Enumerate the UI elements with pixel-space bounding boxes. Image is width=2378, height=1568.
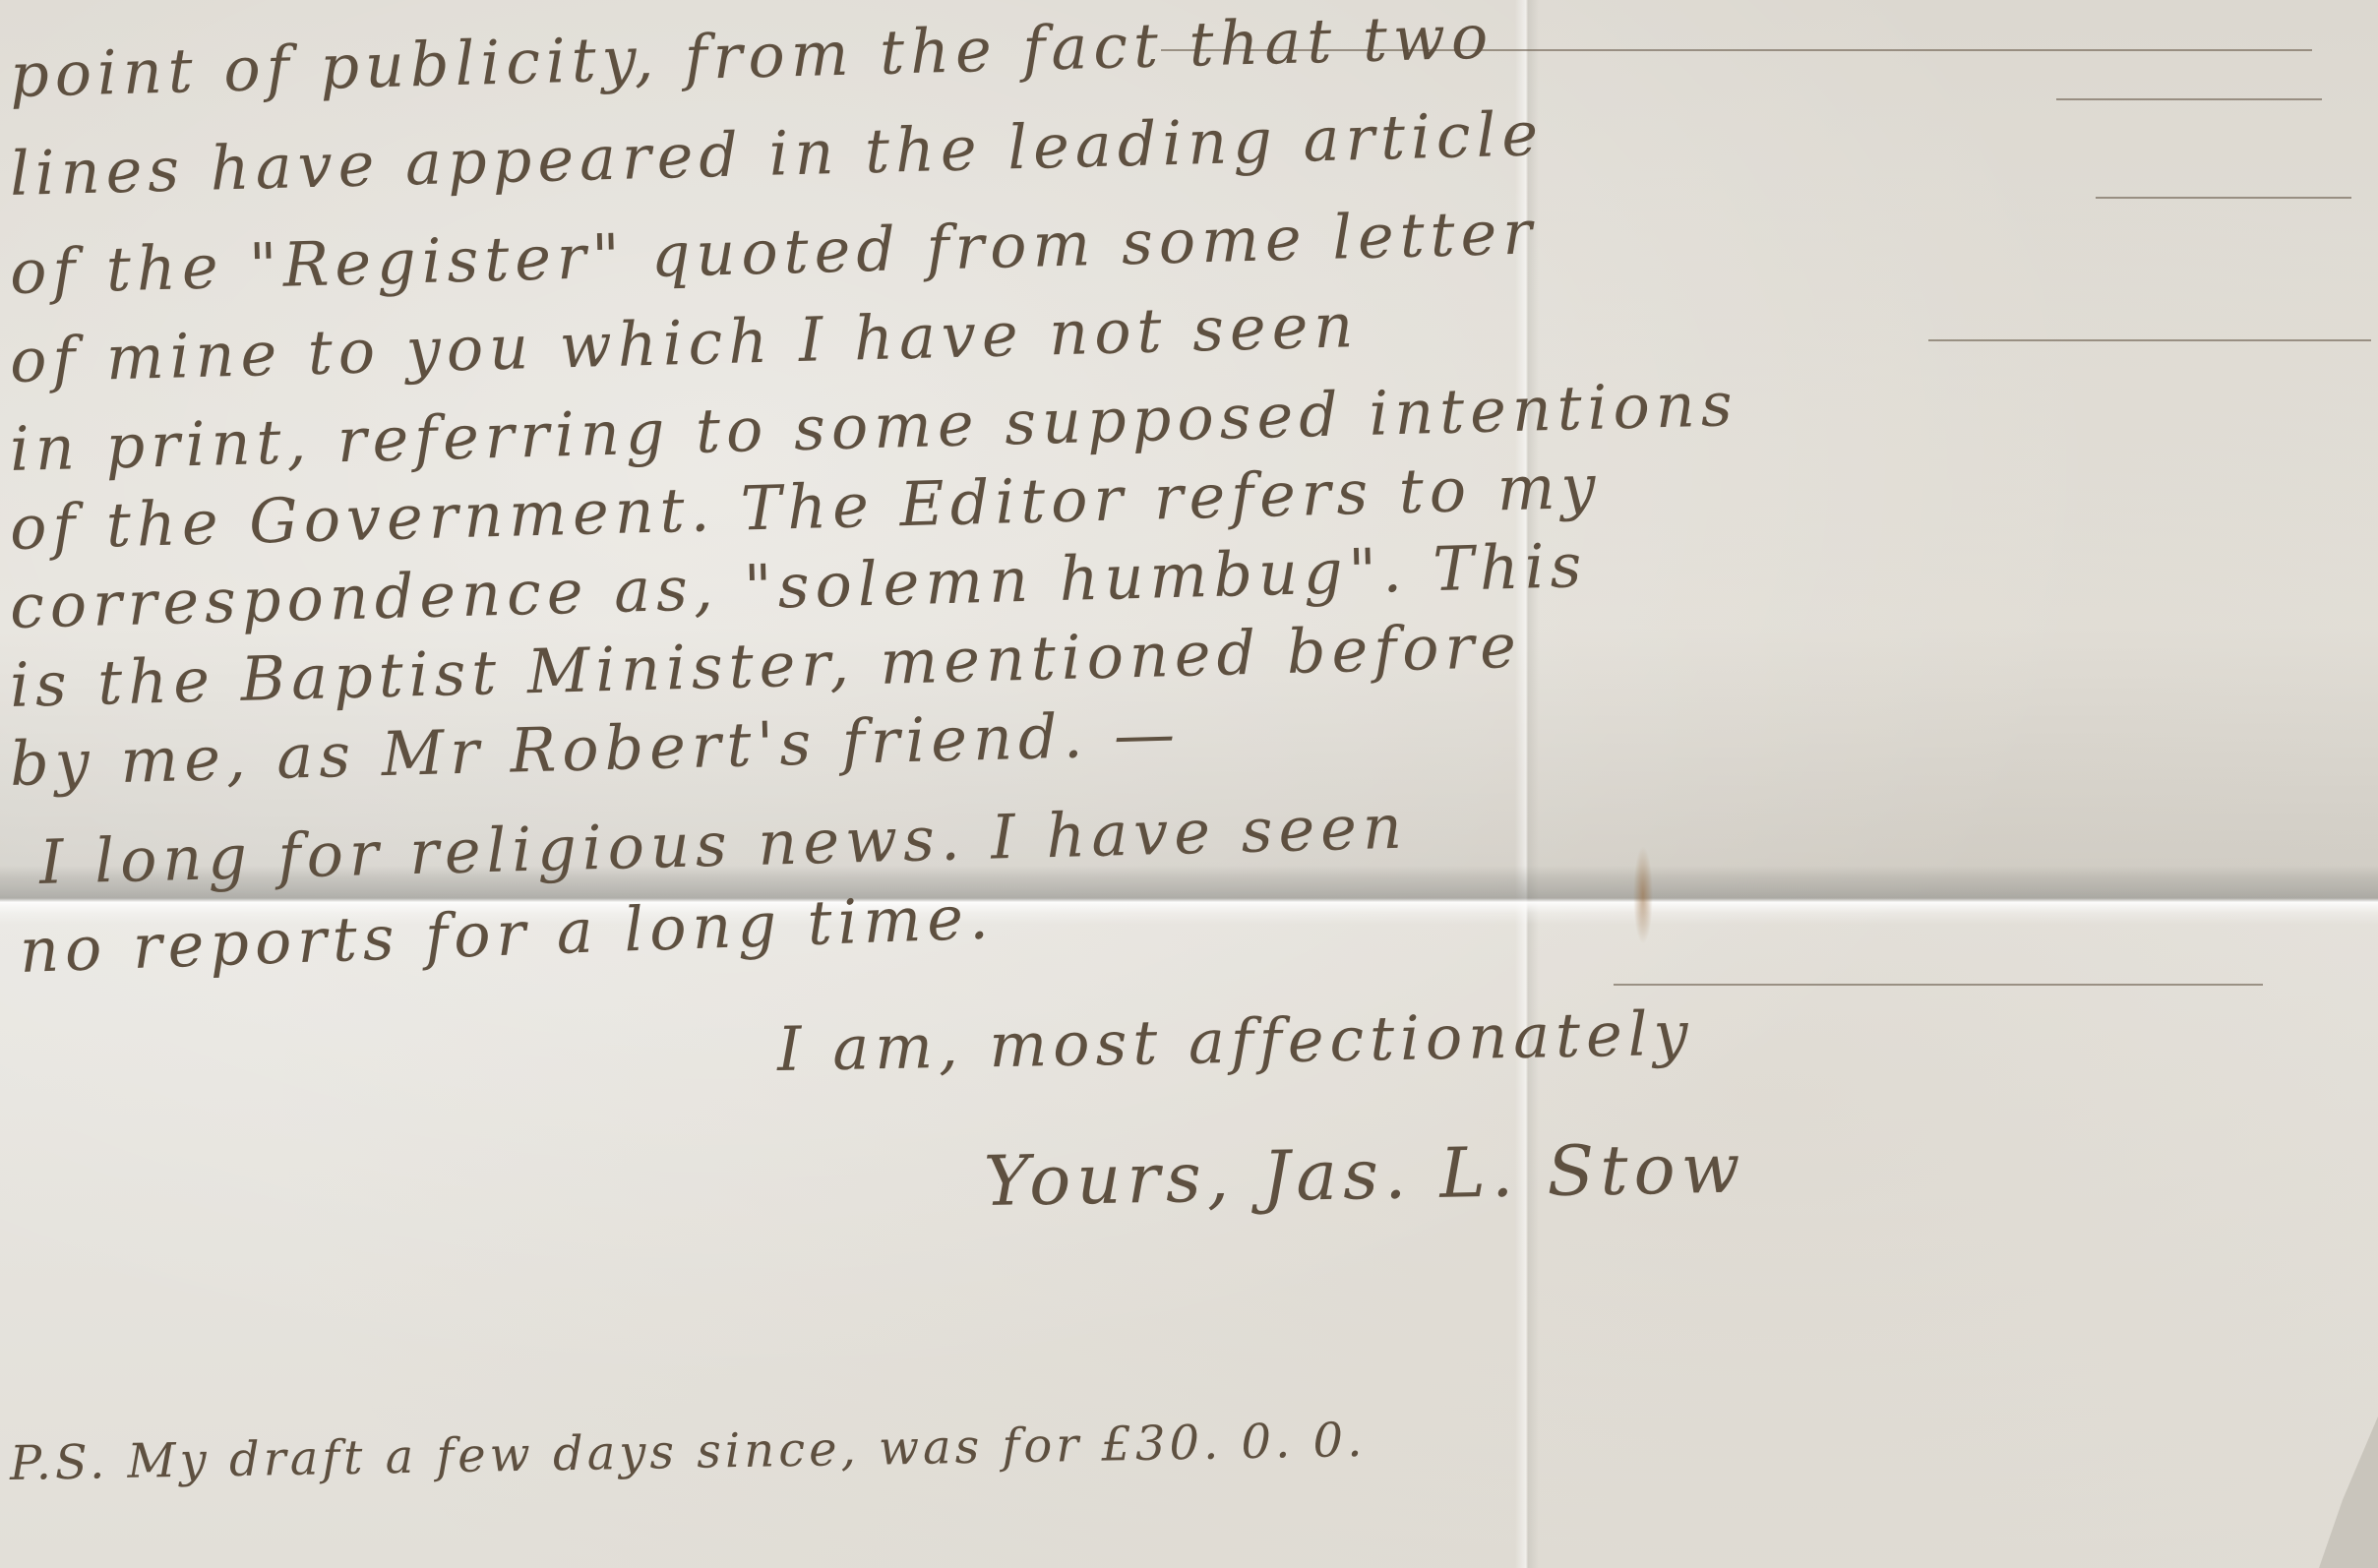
underline-stroke bbox=[1928, 339, 2371, 341]
letter-line-1: point of publicity, from the fact that t… bbox=[9, 1, 1494, 111]
underline-stroke bbox=[1614, 984, 2263, 986]
underline-stroke bbox=[2056, 98, 2322, 100]
letter-line-2: lines have appeared in the leading artic… bbox=[9, 97, 1545, 210]
torn-corner bbox=[2319, 1417, 2378, 1568]
ink-stain bbox=[1633, 846, 1653, 944]
underline-stroke bbox=[2096, 197, 2351, 199]
letter-page: point of publicity, from the fact that t… bbox=[0, 0, 2378, 1568]
letter-line-4: of mine to you which I have not seen bbox=[9, 289, 1360, 396]
letter-closing: I am, most affectionately bbox=[776, 997, 1694, 1085]
postscript: P.S. My draft a few days since, was for … bbox=[10, 1413, 1367, 1491]
letter-signature: Yours, Jas. L. Stow bbox=[983, 1127, 1746, 1222]
